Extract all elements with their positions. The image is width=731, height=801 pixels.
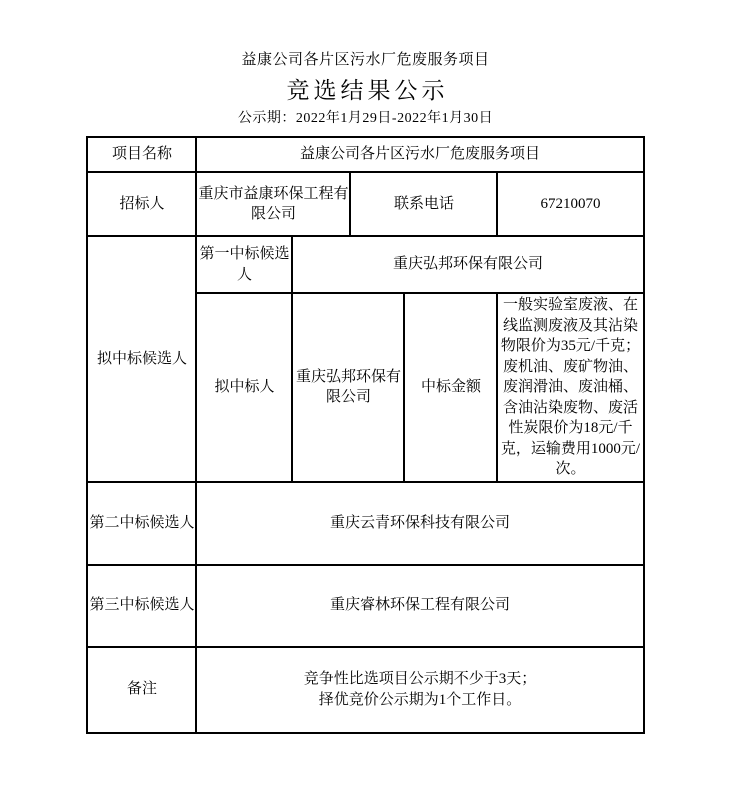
project-name-label-cell: 项目名称 bbox=[87, 137, 196, 172]
tenderee-label-cell: 招标人 bbox=[87, 172, 196, 236]
document-header: 益康公司各片区污水厂危废服务项目 竞选结果公示 公示期：2022年1月29日-2… bbox=[0, 0, 731, 128]
bid-amount-cell: 一般实验室废液、在线监测废液及其沾染物限价为35元/千克；废机油、废矿物油、废润… bbox=[497, 293, 643, 482]
publicity-period: 公示期：2022年1月29日-2022年1月30日 bbox=[0, 110, 731, 128]
table-row: 备注 竞争性比选项目公示期不少于3天； 择优竞价公示期为1个工作日。 bbox=[87, 647, 643, 733]
table-row: 第二中标候选人 重庆云青环保科技有限公司 bbox=[87, 482, 643, 565]
table-row: 招标人 重庆市益康环保工程有限公司 联系电话 67210070 bbox=[87, 172, 643, 236]
project-name-cell: 益康公司各片区污水厂危废服务项目 bbox=[196, 137, 643, 172]
bid-amount-label-cell: 中标金额 bbox=[404, 293, 497, 482]
page-title: 益康公司各片区污水厂危废服务项目 bbox=[0, 50, 731, 70]
contact-phone-cell: 67210070 bbox=[497, 172, 643, 236]
table-row: 第三中标候选人 重庆睿林环保工程有限公司 bbox=[87, 565, 643, 647]
proposed-winner-label-cell: 拟中标人 bbox=[196, 293, 292, 482]
table-row: 拟中标候选人 第一中标候选人 重庆弘邦环保有限公司 bbox=[87, 236, 643, 293]
tenderee-cell: 重庆市益康环保工程有限公司 bbox=[196, 172, 350, 236]
first-candidate-label-cell: 第一中标候选人 bbox=[196, 236, 292, 293]
second-candidate-label-cell: 第二中标候选人 bbox=[87, 482, 196, 565]
bid-result-table: 项目名称 益康公司各片区污水厂危废服务项目 招标人 重庆市益康环保工程有限公司 … bbox=[86, 136, 644, 734]
remark-cell: 竞争性比选项目公示期不少于3天； 择优竞价公示期为1个工作日。 bbox=[196, 647, 643, 733]
table-row: 项目名称 益康公司各片区污水厂危废服务项目 bbox=[87, 137, 643, 172]
first-candidate-cell: 重庆弘邦环保有限公司 bbox=[292, 236, 643, 293]
third-candidate-label-cell: 第三中标候选人 bbox=[87, 565, 196, 647]
contact-phone-label-cell: 联系电话 bbox=[350, 172, 497, 236]
remark-label-cell: 备注 bbox=[87, 647, 196, 733]
proposed-winner-cell: 重庆弘邦环保有限公司 bbox=[292, 293, 404, 482]
remark-line: 择优竞价公示期为1个工作日。 bbox=[198, 690, 641, 711]
announcement-heading: 竞选结果公示 bbox=[0, 76, 731, 106]
candidates-label-cell: 拟中标候选人 bbox=[87, 236, 196, 482]
third-candidate-cell: 重庆睿林环保工程有限公司 bbox=[196, 565, 643, 647]
remark-line: 竞争性比选项目公示期不少于3天； bbox=[198, 669, 641, 690]
second-candidate-cell: 重庆云青环保科技有限公司 bbox=[196, 482, 643, 565]
